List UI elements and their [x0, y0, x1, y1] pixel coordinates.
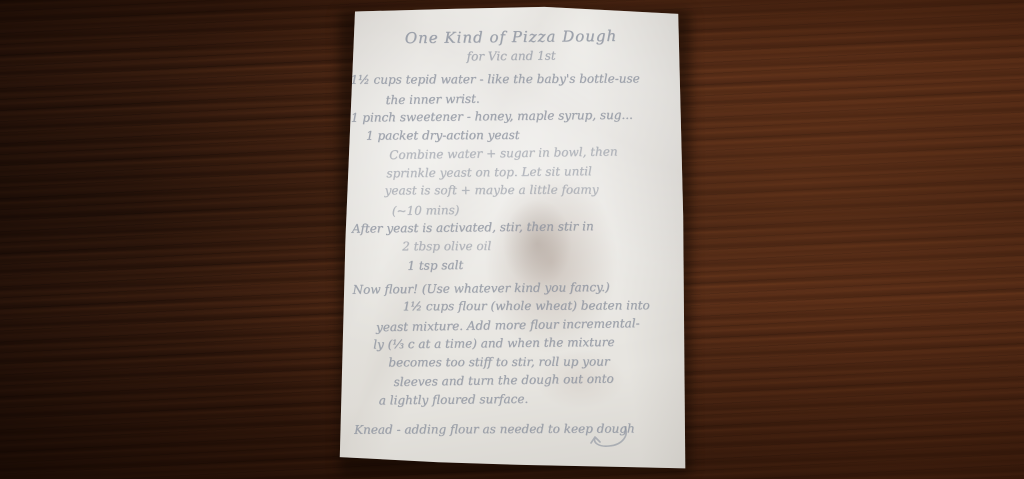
page-turn-arrow-doodle: [585, 425, 631, 455]
recipe-note-paper: One Kind of Pizza Dough for Vic and 1st …: [332, 5, 686, 473]
note-line: ly (⅓ c at a time) and when the mixture: [373, 332, 675, 354]
note-line: sprinkle yeast on top. Let sit until: [386, 161, 673, 183]
note-line: After yeast is activated, stir, then sti…: [352, 216, 674, 238]
note-line: 1 tsp salt: [407, 253, 674, 276]
note-line: a lightly floured surface.: [379, 388, 676, 410]
note-line: 1½ cups tepid water - like the baby's bo…: [350, 69, 672, 89]
handwritten-note-text: One Kind of Pizza Dough for Vic and 1st …: [350, 25, 676, 440]
note-line: yeast is soft + maybe a little foamy: [385, 180, 674, 200]
note-line: 1½ cups flour (whole wheat) beaten into: [403, 296, 675, 316]
note-dedication: for Vic and 1st: [350, 45, 672, 67]
note-line: 1 pinch sweetener - honey, maple syrup, …: [351, 105, 673, 127]
